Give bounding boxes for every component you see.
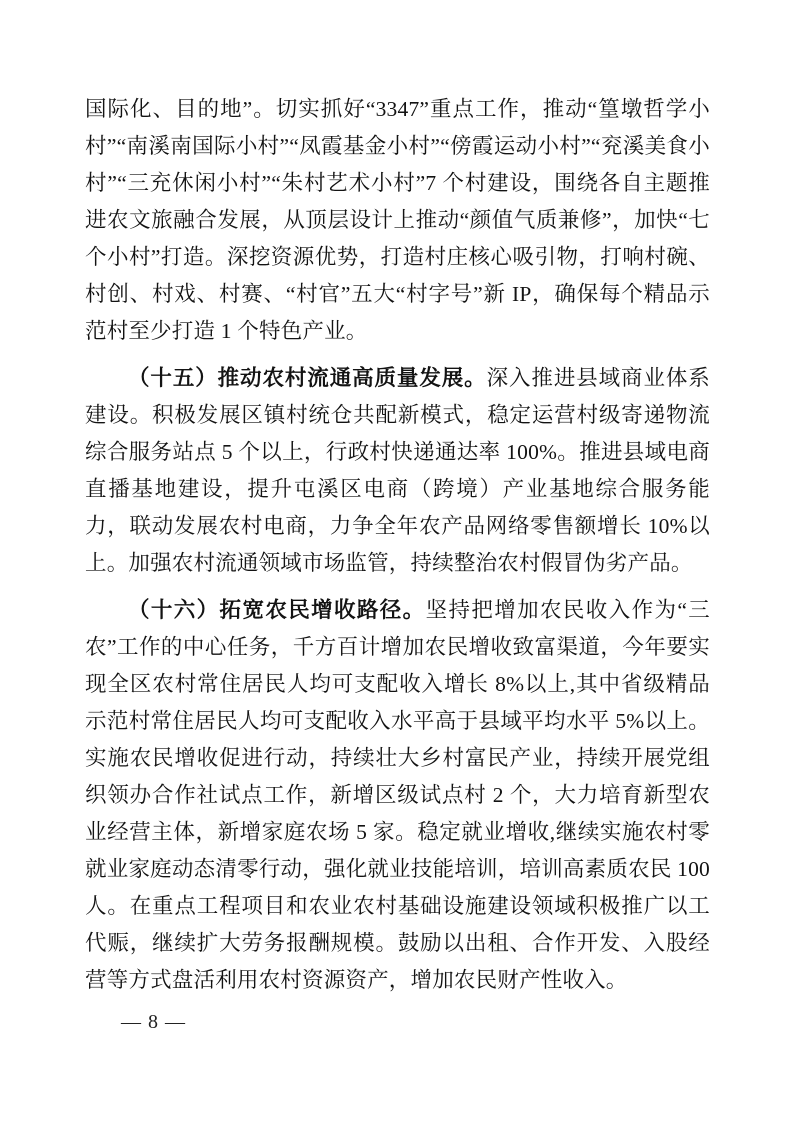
paragraph-continuation: 国际化、目的地”。切实抓好“3347”重点工作，推动“篁墩哲学小村”“南溪南国际…	[85, 91, 710, 350]
paragraph-body-text: 坚持把增加农民收入作为“三农”工作的中心任务，千方百计增加农民增收致富渠道，今年…	[85, 598, 710, 992]
paragraph-item-15: （十五）推动农村流通高质量发展。深入推进县域商业体系建设。积极发展区镇村统仓共配…	[85, 360, 710, 582]
document-page: 国际化、目的地”。切实抓好“3347”重点工作，推动“篁墩哲学小村”“南溪南国际…	[0, 0, 794, 1123]
page-number: — 8 —	[121, 1008, 186, 1036]
paragraph-item-16: （十六）拓宽农民增收路径。坚持把增加农民收入作为“三农”工作的中心任务，千方百计…	[85, 592, 710, 999]
paragraph-body-text: 深入推进县域商业体系建设。积极发展区镇村统仓共配新模式，稳定运营村级寄递物流综合…	[85, 366, 710, 575]
paragraph-heading-bold: （十六）拓宽农民增收路径。	[128, 598, 426, 622]
document-content: 国际化、目的地”。切实抓好“3347”重点工作，推动“篁墩哲学小村”“南溪南国际…	[85, 91, 710, 1009]
paragraph-heading-bold: （十五）推动农村流通高质量发展。	[128, 366, 487, 390]
paragraph-body-text: 国际化、目的地”。切实抓好“3347”重点工作，推动“篁墩哲学小村”“南溪南国际…	[85, 97, 710, 343]
